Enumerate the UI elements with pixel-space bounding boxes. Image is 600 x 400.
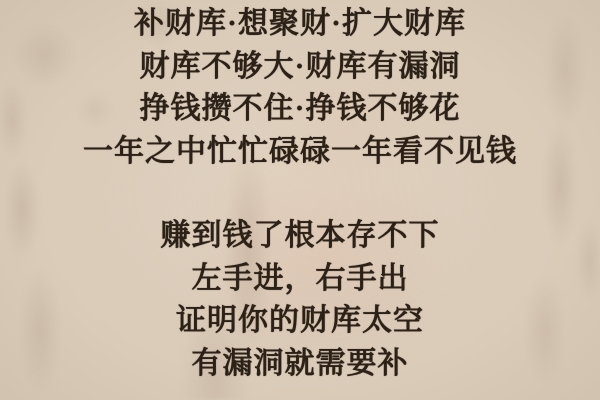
poem-line: 赚到钱了根本存不下 xyxy=(161,215,440,258)
poem-line: 挣钱攒不住·挣钱不够花 xyxy=(139,88,460,131)
poem-line: 补财库·想聚财·扩大财库 xyxy=(134,3,466,46)
poem-line: 左手进，右手出 xyxy=(192,258,409,301)
poem-text-block: 补财库·想聚财·扩大财库 财库不够大·财库有漏洞 挣钱攒不住·挣钱不够花 一年之… xyxy=(0,0,600,400)
poem-line: 证明你的财库太空 xyxy=(176,300,424,343)
poem-line: 一年之中忙忙碌碌一年看不见钱 xyxy=(83,131,517,174)
fortune-poster: 补财库·想聚财·扩大财库 财库不够大·财库有漏洞 挣钱攒不住·挣钱不够花 一年之… xyxy=(0,0,600,400)
poem-line: 有漏洞就需要补 xyxy=(192,343,409,386)
poem-line: 财库不够大·财库有漏洞 xyxy=(139,46,460,89)
